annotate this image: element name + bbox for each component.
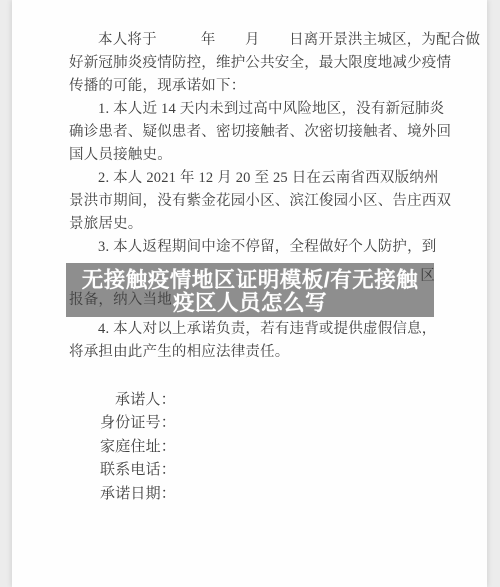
document-line: 景旅居史。 <box>69 213 435 236</box>
signature-field-home-address: 家庭住址： <box>100 436 176 459</box>
document-line: 传播的可能，现承诺如下： <box>69 75 435 98</box>
document-page: 本人将于 年 月 日离开景洪主城区，为配合做 好新冠肺炎疫情防控，维护公共安全，… <box>12 0 487 587</box>
document-line-item-2: 2. 本人 2021 年 12 月 20 至 25 日在云南省西双版纳州 <box>69 167 435 190</box>
document-body-lower: 4. 本人对以上承诺负责，若有违背或提供虚假信息， 将承担由此产生的相应法律责任… <box>69 318 435 364</box>
document-line: 本人将于 年 月 日离开景洪主城区，为配合做 <box>69 29 435 52</box>
document-line: 将承担由此产生的相应法律责任。 <box>69 341 435 364</box>
signature-field-date: 承诺日期： <box>100 483 176 506</box>
document-line: 好新冠肺炎疫情防控，维护公共安全，最大限度地减少疫情 <box>69 52 435 75</box>
signature-block: 承诺人： 身份证号： 家庭住址： 联系电话： 承诺日期： <box>100 389 176 506</box>
document-line-item-4: 4. 本人对以上承诺负责，若有违背或提供虚假信息， <box>69 318 435 341</box>
overlay-title-line-2: 疫区人员怎么写 <box>66 292 434 315</box>
document-line: 确诊患者、疑似患者、密切接触者、次密切接触者、境外回 <box>69 121 435 144</box>
title-overlay-banner: 无接触疫情地区证明模板/有无接触 疫区人员怎么写 <box>66 263 434 317</box>
document-line-item-3: 3. 本人返程期间中途不停留，全程做好个人防护，到 <box>69 236 435 259</box>
overlay-title-line-1: 无接触疫情地区证明模板/有无接触 <box>66 269 434 292</box>
document-line: 景洪市期间，没有紫金花园小区、滨江俊园小区、告庄西双 <box>69 190 435 213</box>
document-line-item-1: 1. 本人近 14 天内未到过高中风险地区，没有新冠肺炎 <box>69 98 435 121</box>
document-body-upper: 本人将于 年 月 日离开景洪主城区，为配合做 好新冠肺炎疫情防控，维护公共安全，… <box>69 29 435 259</box>
signature-field-promiser: 承诺人： <box>100 389 176 412</box>
signature-field-phone: 联系电话： <box>100 459 176 482</box>
signature-field-id-number: 身份证号： <box>100 412 176 435</box>
document-line: 国人员接触史。 <box>69 144 435 167</box>
screenshot-stage: 本人将于 年 月 日离开景洪主城区，为配合做 好新冠肺炎疫情防控，维护公共安全，… <box>0 0 500 587</box>
